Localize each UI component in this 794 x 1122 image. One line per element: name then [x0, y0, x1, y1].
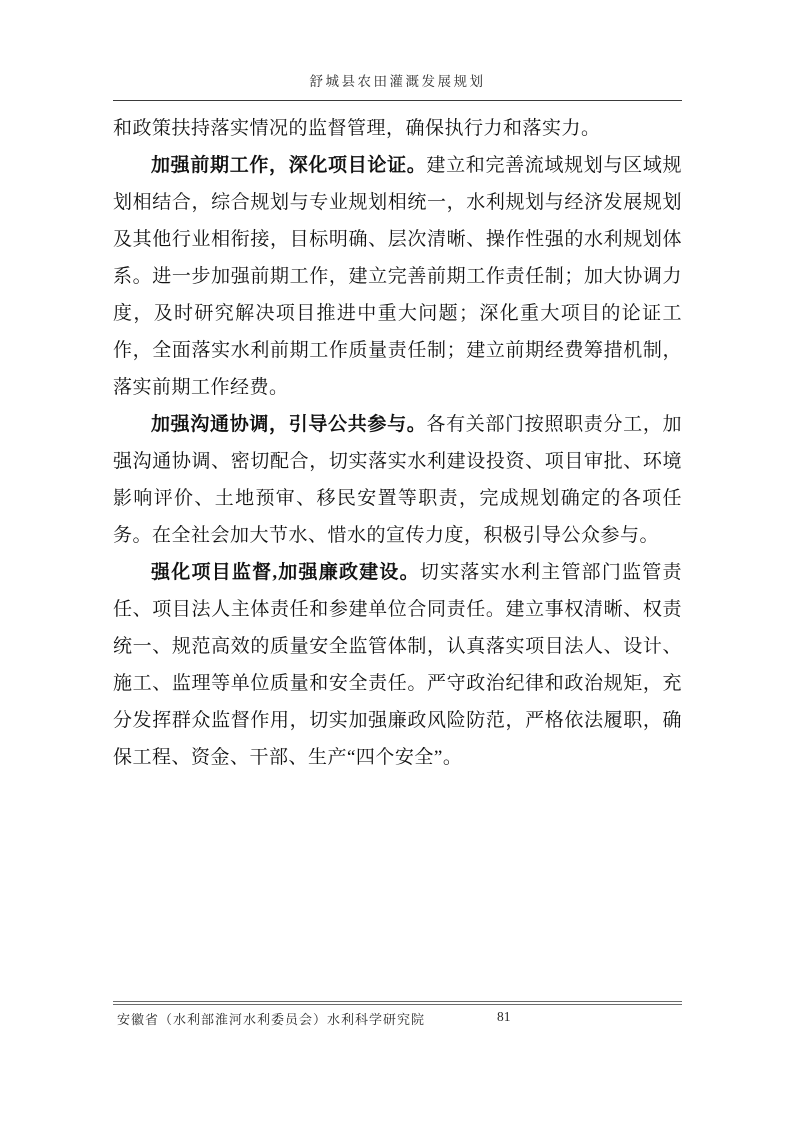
page-footer: 安徽省（水利部淮河水利委员会）水利科学研究院 81 — [113, 1001, 682, 1029]
paragraph: 强化项目监督,加强廉政建设。切实落实水利主管部门监管责任、项目法人主体责任和参建… — [113, 554, 682, 776]
document-page: 舒城县农田灌溉发展规划 和政策扶持落实情况的监督管理，确保执行力和落实力。 加强… — [0, 0, 794, 1122]
paragraph-lead: 强化项目监督,加强廉政建设。 — [151, 562, 420, 583]
paragraph-text: 建立和完善流域规划与区域规划相结合，综合规划与专业规划相统一，水利规划与经济发展… — [113, 155, 682, 398]
paragraph: 加强前期工作，深化项目论证。建立和完善流域规划与区域规划相结合，综合规划与专业规… — [113, 147, 682, 406]
page-header: 舒城县农田灌溉发展规划 — [113, 70, 682, 101]
paragraph: 加强沟通协调，引导公共参与。各有关部门按照职责分工，加强沟通协调、密切配合，切实… — [113, 406, 682, 554]
footer-organization: 安徽省（水利部淮河水利委员会）水利科学研究院 — [117, 1009, 425, 1028]
header-title: 舒城县农田灌溉发展规划 — [310, 70, 486, 92]
paragraph: 和政策扶持落实情况的监督管理，确保执行力和落实力。 — [113, 110, 682, 147]
document-body: 和政策扶持落实情况的监督管理，确保执行力和落实力。 加强前期工作，深化项目论证。… — [113, 110, 682, 776]
page-number: 81 — [497, 1009, 511, 1025]
paragraph-text: 切实落实水利主管部门监管责任、项目法人主体责任和参建单位合同责任。建立事权清晰、… — [113, 562, 682, 768]
paragraph-lead: 加强沟通协调，引导公共参与。 — [151, 414, 426, 435]
paragraph-lead: 加强前期工作，深化项目论证。 — [151, 155, 426, 176]
footer-content: 安徽省（水利部淮河水利委员会）水利科学研究院 81 — [113, 1009, 682, 1029]
paragraph-text: 和政策扶持落实情况的监督管理，确保执行力和落实力。 — [113, 118, 601, 139]
